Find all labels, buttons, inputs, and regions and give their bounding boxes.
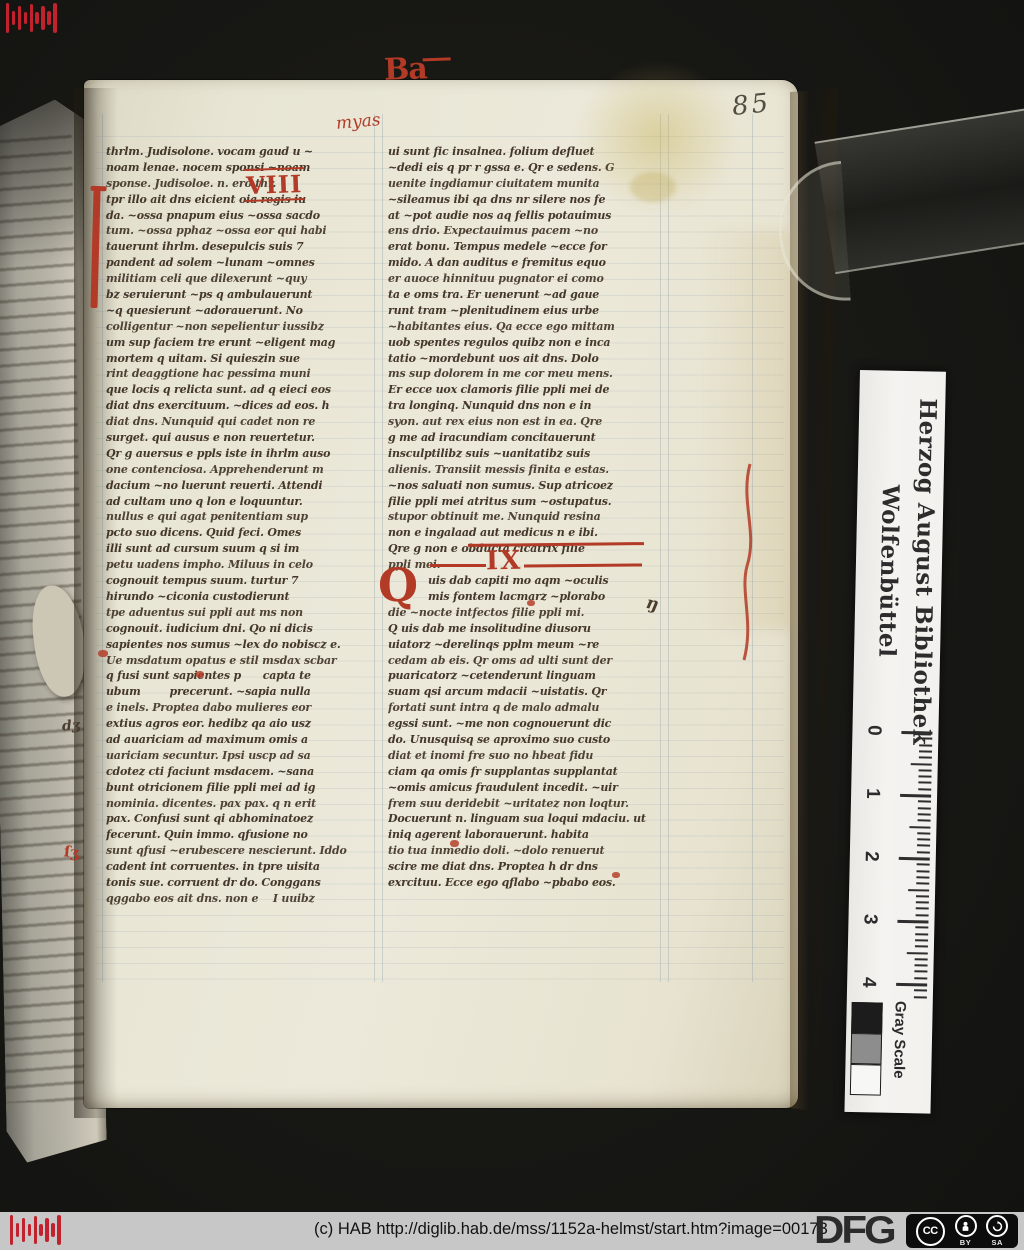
ruler-tick [897,920,928,923]
ms-line: q fusi sunt sapientes p capta te [106,668,384,684]
ms-line: scire me diat dns. Proptea h dr dns [388,859,666,875]
ruler-tick [908,889,929,891]
red-pigment-dab [527,600,535,606]
page-holder-clip [773,133,1024,323]
ruler-tick [915,945,928,947]
logo-bar [24,12,27,24]
ruler-tick [917,851,930,853]
ms-line: exrcituu. Ecce ego qflabo ~pbabo eos. [388,875,666,891]
ms-line: filie ppli mei atritus sum ~ostupatus. [388,494,666,510]
caption-bar: (c) HAB http://diglib.hab.de/mss/1152a-h… [0,1212,1024,1250]
grayscale-swatches: Gray Scale [850,1002,883,1096]
ms-line: pandent ad solem ~lunam ~omnes [106,255,384,271]
ms-line: cognouit. iudicium dni. Qo ni dicis [106,621,384,637]
ms-line: cadent int corruentes. in tpre uisita [106,859,384,875]
ms-line: militiam celi que dilexerunt ~quy [106,271,384,287]
ms-line: cedam ab eis. Qr oms ad ulti sunt der [388,653,666,669]
ms-line: non e ingalaad aut medicus n e ibi. [388,525,666,541]
logo-bar [6,3,9,33]
ms-line: do. Unusquisq se aproximo suo custo [388,732,666,748]
ruler-tick [896,983,927,986]
ruler-tick [917,870,930,872]
ms-line: um sup faciem tre erunt ~eligent mag [106,335,384,351]
ms-line: ~habitantes eius. Qa ecce ego mittam [388,319,666,335]
ms-line: uob spentes regulos quibz non e inca [388,335,666,351]
ms-line: frem suu deridebit ~uritatez non loqtur. [388,796,666,812]
cc-icon: CC [916,1217,945,1246]
ruler-number: 2 [860,851,882,862]
logo-bar [57,1215,60,1245]
ms-line: diat et inomi fre suo no hbeat fidu [388,748,666,764]
logo-bar [51,1223,54,1237]
ms-line: diat dns. Nunquid qui cadet non re [106,414,384,430]
ms-line: ta e oms tra. Er uenerunt ~ad gaue [388,287,666,303]
folio-number: 85 [731,88,773,122]
ms-line: ~omis amicus fraudulent incedit. ~uir [388,780,666,796]
ms-line: ~sileamus ibi qa dns nr silere nos fe [388,192,666,208]
ruler-tick [907,952,928,954]
ms-line: g me ad iracundiam concitauerunt [388,430,666,446]
ms-line: ~q quesierunt ~adorauerunt. No [106,303,384,319]
ms-line: fecerunt. Quin immo. qfusione no [106,827,384,843]
ms-line: uariciam secuntur. Ipsi uscp ad sa [106,748,384,764]
ruler-tick [919,744,932,746]
logo-bar [35,12,38,24]
ms-line: ubum precerunt. ~sapia nulla [106,684,384,700]
institution-label: Herzog August Bibliothek Wolfenbüttel [852,384,946,758]
ruler-tick [914,996,927,998]
ms-line: er auoce hinnituu pugnator ei como [388,271,666,287]
ms-line: alienis. Transiit messis finita e estas. [388,462,666,478]
ruler-tick [914,990,927,992]
ms-line: Q uis dab me insolitudine diusoru [388,621,666,637]
ruler-tick [918,801,931,803]
ms-line: ~nos saluati non sumus. Sup atricoez [388,478,666,494]
ruler-tick [911,763,932,765]
ruler-tick [919,757,932,759]
text-column-right: ui sunt fic insalnea. folium defluet~ded… [388,144,666,907]
grayscale-swatch-gray [850,1033,882,1065]
hab-bars-logo-bottom [10,1213,61,1247]
ms-line: tum. ~ossa pphaz ~ossa eor qui habi [106,223,384,239]
ruler-tick [918,813,931,815]
by-person-icon [955,1215,977,1237]
logo-bar [12,11,15,25]
ms-line: cdotez cti faciunt msdacem. ~sana [106,764,384,780]
ruler-tick [917,864,930,866]
ms-line: egssi sunt. ~me non cognouerunt dic [388,716,666,732]
ruler-tick [918,788,931,790]
logo-bar [41,6,44,30]
ms-line: thrlm. Judisolone. vocam gaud u ~ [106,144,384,160]
ms-line: uis dab capiti mo aqm ~oculis [388,573,666,589]
ms-line: tpe aduentus sui ppli aut ms non [106,605,384,621]
institution-line1: Herzog August Bibliothek [902,385,945,758]
hab-bars-logo-top [6,1,57,35]
logo-bar [45,1218,48,1242]
ruler-tick [916,901,929,903]
red-rule-line [430,564,486,567]
ms-line: Qr g auersus e ppls iste in ihrlm auso [106,446,384,462]
red-pigment-dab [98,650,108,657]
copyright-caption: (c) HAB http://diglib.hab.de/mss/1152a-h… [314,1220,828,1239]
ms-line: rint deaggtione hac pessima muni [106,366,384,382]
ruler-tick [900,794,931,797]
ms-line: one contenciosa. Apprehenderunt m [106,462,384,478]
ms-line: tio tua inmedio doli. ~dolo renuerut [388,843,666,859]
sa-arrow-icon [986,1215,1008,1237]
ms-line: iniq agerent laborauerunt. habita [388,827,666,843]
dfg-logo: DFG [814,1208,894,1250]
ruler-tick [918,782,931,784]
ms-line: nullus e qui agat penitentiam sup [106,509,384,525]
ms-line: bunt otricionem filie ppli mei ad ig [106,780,384,796]
logo-bar [22,1218,25,1242]
ms-line: ciam qa omis fr supplantas supplantat [388,764,666,780]
logo-bar [10,1215,13,1245]
ruler-tick [914,971,927,973]
red-pigment-dab [612,872,620,878]
chapter-numeral-viii: VIII [243,167,304,202]
ms-line: at ~pot audie nos aq fellis potauimus [388,208,666,224]
ms-line: die ~nocte intfectos filie ppli mi. [388,605,666,621]
ms-line: ad auariciam ad maximum omis a [106,732,384,748]
ruler-tick [917,845,930,847]
ms-line: sapientes nos sumus ~lex do nobiscz e. [106,637,384,653]
ruler-tick [915,933,928,935]
ms-line [388,891,666,907]
ruler-tick [915,958,928,960]
ms-line: dacium ~no luerunt reuerti. Attendi [106,478,384,494]
ms-line: runt tram ~plenitudinem eius urbe [388,303,666,319]
ms-line: mido. A dan auditus e fremitus equo [388,255,666,271]
by-label: BY [960,1238,971,1247]
cc-by-group: BY [955,1215,977,1247]
ms-line: pax. Confusi sunt qi abhominatoez [106,811,384,827]
ms-line: Docuerunt n. linguam sua loqui mdaciu. u… [388,811,666,827]
ruler-tick [916,914,929,916]
clip-strip [815,109,1024,275]
ms-line: qggabo eos ait dns. non e I uuibz [106,891,384,907]
ms-line: ens drio. Expectauimus pacem ~no [388,223,666,239]
text-column-left: thrlm. Judisolone. vocam gaud u ~noam le… [106,144,384,907]
ruler-tick [917,832,930,834]
ms-line: bz seruierunt ~ps q ambulauerunt [106,287,384,303]
ruler-tick [899,857,930,860]
ms-line: erat bonu. Tempus medele ~ecce for [388,239,666,255]
ms-line: tra longinq. Nunquid dns non e in [388,398,666,414]
ms-line: Er ecce uox clamoris filie ppli mei de [388,382,666,398]
ruler-tick [918,819,931,821]
ruler-tick [909,826,930,828]
ruler-tick [916,882,929,884]
logo-bar [47,11,50,25]
red-pigment-dab [450,840,459,847]
margin-red-mark: ſʒ [63,842,80,861]
ruler: 01234 [855,730,933,1003]
cc-sa-group: SA [986,1215,1008,1247]
ruler-tick [919,769,932,771]
manuscript-page: thrlm. Judisolone. vocam gaud u ~noam le… [84,80,798,1108]
ms-line: tonis sue. corruent dr do. Conggans [106,875,384,891]
ms-line: hirundo ~ciconia custodierunt [106,589,384,605]
ms-line: nominia. dicentes. pax pax. q n erit [106,796,384,812]
ruler-tick [916,895,929,897]
logo-bar [30,4,33,32]
ruler-tick [901,731,932,734]
ruling-vertical-line [668,114,669,982]
logo-bar [34,1216,37,1244]
logo-bar [18,6,21,30]
grayscale-swatch-white [850,1064,882,1096]
ms-line: surget. qui ausus e non reuertetur. [106,430,384,446]
grayscale-label: Gray Scale [889,1001,909,1151]
ruler-tick [914,977,927,979]
logo-bar [53,3,56,33]
ruler-tick [918,775,931,777]
running-title: myas [335,110,381,134]
ruler-number: 4 [857,977,879,988]
chapter-numeral-ix: IX [486,546,523,577]
ms-line: mortem q uitam. Si quieszin sue [106,351,384,367]
ms-line: cognouit tempus suum. turtur 7 [106,573,384,589]
ms-line: petu uadens impho. Miluus in celo [106,557,384,573]
ms-line: diat dns exercituum. ~dices ad eos. h [106,398,384,414]
ruler-tick [916,908,929,910]
ms-line: stupor obtinuit me. Nunquid resina [388,509,666,525]
ruler-tick [919,738,932,740]
ms-line: ~dedi eis q pr r gssa e. Qr e sedens. G [388,160,666,176]
ruler-tick [915,964,928,966]
ms-line: Ue msdatum opatus e stil msdax scbar [106,653,384,669]
ms-line: fortati sunt intra q de malo admalu [388,700,666,716]
ruler-tick [918,807,931,809]
ruler-number: 0 [862,725,884,736]
ms-line: syon. aut rex eius non est in ea. Qre [388,414,666,430]
ms-line: insculptilibz suis ~uanitatibz suis [388,446,666,462]
ms-line: que locis q relicta sunt. ad q eieci eos [106,382,384,398]
ms-line: illi sunt ad cursum suum q si im [106,541,384,557]
ms-line: extius agros eor. hedibz qa aio usz [106,716,384,732]
ruler-tick [915,939,928,941]
ms-line: colligentur ~non sepelientur iussibz [106,319,384,335]
ruler-number: 3 [858,914,880,925]
ms-line: uenite ingdiamur ciuitatem munita [388,176,666,192]
sa-label: SA [992,1238,1003,1247]
ruler-tick [915,927,928,929]
ruler-tick [917,838,930,840]
logo-bar [16,1223,19,1237]
margin-ink-mark: dʒ [61,717,80,734]
red-pigment-dab [196,671,204,678]
running-title-glyph: Ba [383,51,427,87]
ms-line: puaricatorz ~cetenderunt linguam [388,668,666,684]
manuscript-photo: thrlm. Judisolone. vocam gaud u ~noam le… [0,0,1024,1250]
ruler-number: 1 [861,788,883,799]
ms-line: ad cultam uno q lon e loquuntur. [106,494,384,510]
ruler-tick [919,750,932,752]
ms-line: ms sup dolorem in me cor meu mens. [388,366,666,382]
ms-line: e inels. Proptea dabo mulieres eor [106,700,384,716]
cc-license-badge: CC BY SA [906,1214,1018,1248]
ms-line: uiatorz ~derelinqs pplm meum ~re [388,637,666,653]
ruler-tick [916,876,929,878]
logo-bar [28,1224,31,1236]
grayscale-swatch-black [851,1002,883,1034]
ms-line: tauerunt ihrlm. desepulcis suis 7 [106,239,384,255]
red-margin-flourish [736,460,760,665]
logo-bar [39,1224,42,1236]
scale-strip: Herzog August Bibliothek Wolfenbüttel 01… [844,370,946,1114]
rubricated-initial: Q [378,562,418,608]
ms-line: tatio ~mordebunt uos ait dns. Dolo [388,351,666,367]
ms-line: sunt qfusi ~erubescere nescierunt. Iddo [106,843,384,859]
ms-line: ui sunt fic insalnea. folium defluet [388,144,666,160]
ms-line: suam qsi arcum mdacii ~uistatis. Qr [388,684,666,700]
ms-line: pcto suo dicens. Quid feci. Omes [106,525,384,541]
ms-line: da. ~ossa pnapum eius ~ossa sacdo [106,208,384,224]
